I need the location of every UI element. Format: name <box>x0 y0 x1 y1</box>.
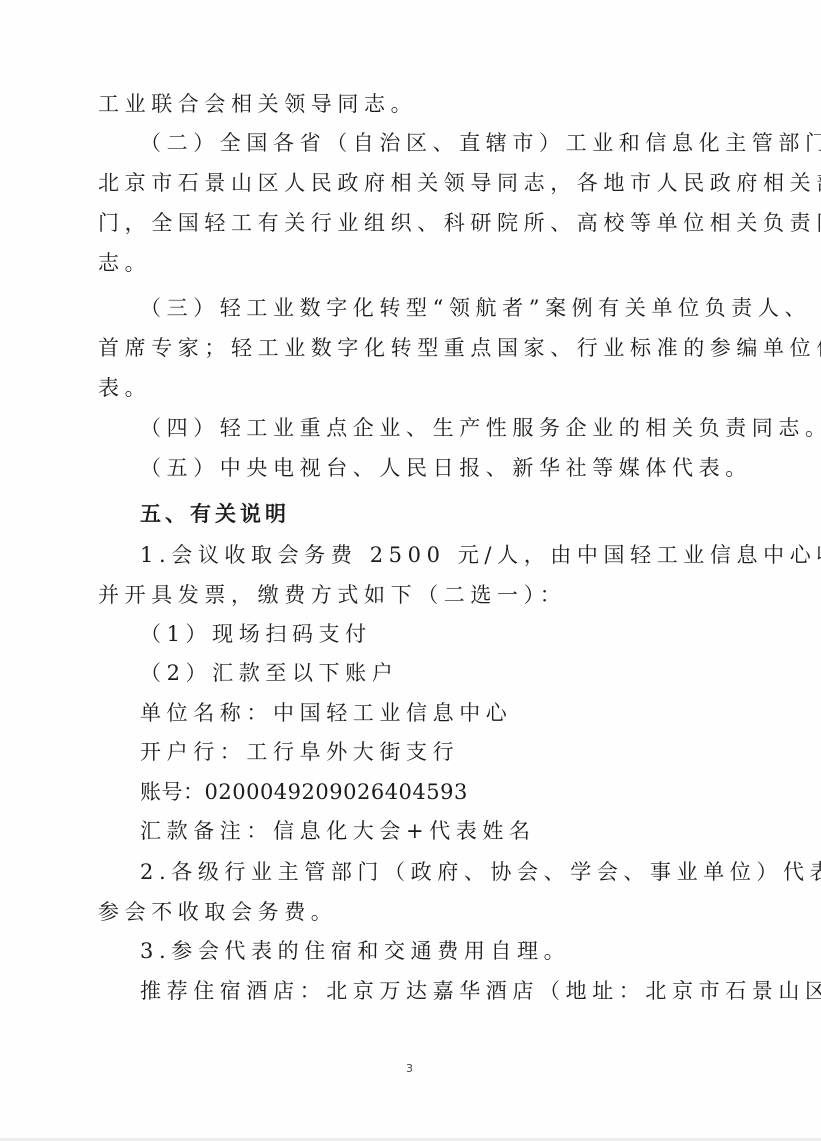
text-line: 3.参会代表的住宿和交通费用自理。 <box>140 931 770 971</box>
text-line: 单位名称：中国轻工业信息中心 <box>140 693 770 733</box>
text-line: （1）现场扫码支付 <box>140 614 770 654</box>
text-line: （四）轻工业重点企业、生产性服务企业的相关负责同志。 <box>140 408 770 448</box>
account-number-line: 账号：0200049209026404593 <box>140 772 770 812</box>
text-line: 参会不收取会务费。 <box>98 892 728 932</box>
text-line: （五）中央电视台、人民日报、新华社等媒体代表。 <box>140 448 770 488</box>
section-heading: 五、有关说明 <box>140 494 770 534</box>
text-line: 推荐住宿酒店：北京万达嘉华酒店（地址：北京市石景山区 <box>140 971 770 1011</box>
text-line: 北京市石景山区人民政府相关领导同志，各地市人民政府相关部 <box>98 163 728 203</box>
document-page: 工业联合会相关领导同志。 （二）全国各省（自治区、直辖市）工业和信息化主管部门，… <box>0 0 821 1141</box>
text-line: 汇款备注：信息化大会+代表姓名 <box>140 811 770 851</box>
text-line: 开户行：工行阜外大街支行 <box>140 732 770 772</box>
text-line: 首席专家；轻工业数字化转型重点国家、行业标准的参编单位代 <box>98 328 728 368</box>
text-line: 表。 <box>98 368 728 408</box>
text-line: （三）轻工业数字化转型“领航者”案例有关单位负责人、 <box>140 288 770 328</box>
text-line: 工业联合会相关领导同志。 <box>98 84 728 124</box>
text-line: 2.各级行业主管部门（政府、协会、学会、事业单位）代表 <box>140 852 770 892</box>
text-line: 并开具发票，缴费方式如下（二选一）： <box>98 575 728 615</box>
page-number: 3 <box>406 1062 413 1075</box>
text-line: 志。 <box>98 243 728 283</box>
text-line: 门，全国轻工有关行业组织、科研院所、高校等单位相关负责同 <box>98 203 728 243</box>
text-line: （2）汇款至以下账户 <box>140 653 770 693</box>
text-line: 1.会议收取会务费 2500 元/人，由中国轻工业信息中心收费 <box>140 535 770 575</box>
text-line: （二）全国各省（自治区、直辖市）工业和信息化主管部门， <box>140 123 770 163</box>
